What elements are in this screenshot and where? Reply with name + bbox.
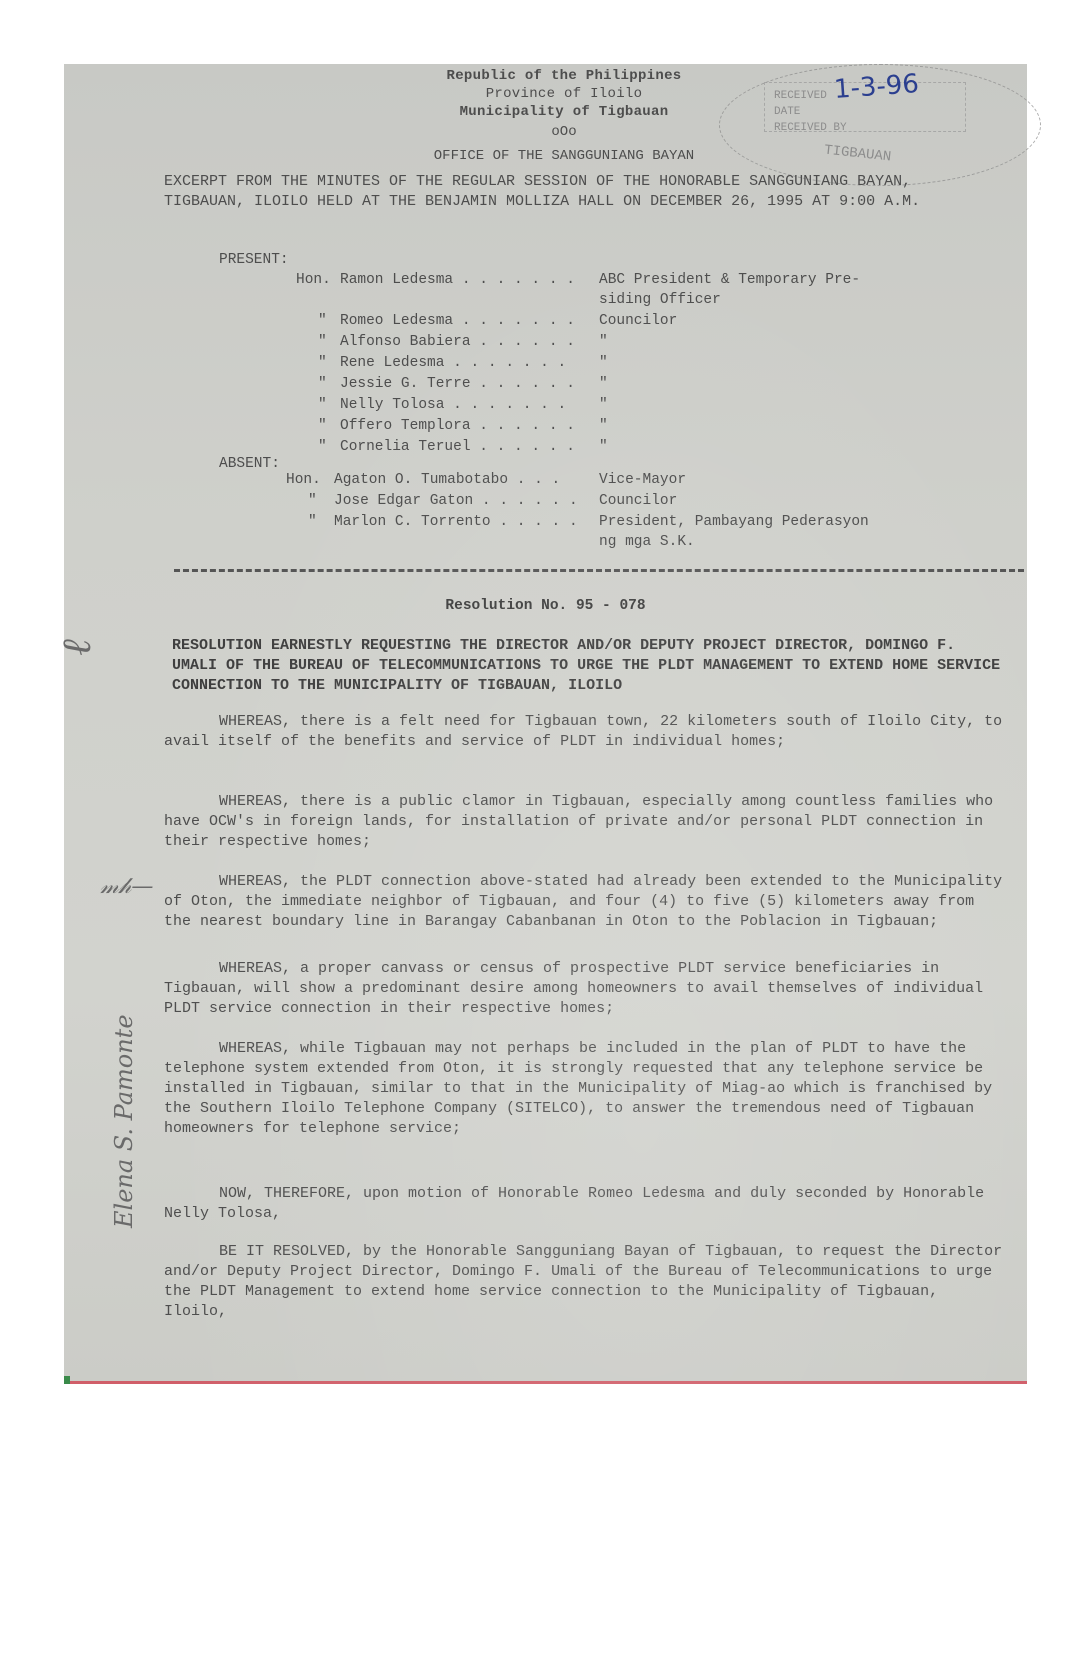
member-prefix: " — [318, 395, 327, 415]
header-province: Province of Iloilo — [394, 85, 734, 103]
resolution-paragraph: WHEREAS, there is a felt need for Tigbau… — [164, 712, 1009, 752]
member-role: " — [599, 437, 608, 457]
header-municipality: Municipality of Tigbauan — [394, 103, 734, 121]
member-role-continued: ng mga S.K. — [599, 532, 695, 552]
member-prefix: " — [318, 416, 327, 436]
member-name: Alfonso Babiera . . . . . . — [340, 332, 575, 352]
member-name: Jose Edgar Gaton . . . . . . — [334, 491, 578, 511]
member-prefix: " — [318, 353, 327, 373]
handwritten-received-date: 1-3-96 — [833, 69, 920, 105]
member-role: " — [599, 416, 608, 436]
member-name: Marlon C. Torrento . . . . . — [334, 512, 578, 532]
document-header: Republic of the Philippines Province of … — [394, 67, 734, 121]
member-role-continued: siding Officer — [599, 290, 721, 310]
member-name: Ramon Ledesma . . . . . . . — [340, 270, 575, 290]
member-role: " — [599, 374, 608, 394]
member-role: " — [599, 353, 608, 373]
member-prefix: " — [318, 332, 327, 352]
resolution-paragraph: WHEREAS, the PLDT connection above-state… — [164, 872, 1009, 932]
scanned-document-page: Republic of the Philippines Province of … — [64, 64, 1027, 1384]
margin-signature-mark: 𝓂𝒽— — [100, 874, 153, 899]
member-prefix: " — [318, 374, 327, 394]
member-role: Councilor — [599, 491, 677, 511]
member-prefix: " — [308, 512, 317, 532]
member-name: Cornelia Teruel . . . . . . — [340, 437, 575, 457]
member-prefix: " — [308, 491, 317, 511]
resolution-paragraph: BE IT RESOLVED, by the Honorable Sanggun… — [164, 1242, 1009, 1322]
green-corner-mark — [64, 1376, 70, 1384]
member-prefix: Hon. — [296, 270, 331, 290]
resolution-number: Resolution No. 95 - 078 — [64, 596, 1027, 616]
resolution-paragraph: NOW, THEREFORE, upon motion of Honorable… — [164, 1184, 1009, 1224]
member-role: ABC President & Temporary Pre- — [599, 270, 860, 290]
resolution-title: RESOLUTION EARNESTLY REQUESTING THE DIRE… — [172, 636, 1002, 696]
stamp-line-received-by: RECEIVED BY — [774, 120, 847, 136]
margin-initial-mark: ℓ — [53, 639, 100, 656]
absent-label: ABSENT: — [219, 454, 280, 474]
member-name: Offero Templora . . . . . . — [340, 416, 575, 436]
member-role: President, Pambayang Pederasyon — [599, 512, 869, 532]
minutes-excerpt: EXCERPT FROM THE MINUTES OF THE REGULAR … — [164, 172, 984, 212]
stamp-line-date: DATE — [774, 104, 847, 120]
red-page-edge — [64, 1381, 1027, 1384]
section-divider — [174, 569, 1024, 572]
member-name: Jessie G. Terre . . . . . . — [340, 374, 575, 394]
office-title: OFFICE OF THE SANGGUNIANG BAYAN — [394, 148, 734, 164]
resolution-paragraph: WHEREAS, while Tigbauan may not perhaps … — [164, 1039, 1009, 1139]
member-prefix: Hon. — [286, 470, 321, 490]
resolution-paragraph: WHEREAS, there is a public clamor in Tig… — [164, 792, 1009, 852]
margin-handwritten-name: Elena S. Pamonte — [110, 928, 138, 1228]
member-role: " — [599, 332, 608, 352]
present-label: PRESENT: — [219, 250, 289, 270]
member-name: Romeo Ledesma . . . . . . . — [340, 311, 575, 331]
member-role: Councilor — [599, 311, 677, 331]
member-name: Rene Ledesma . . . . . . . — [340, 353, 566, 373]
resolution-paragraph: WHEREAS, a proper canvass or census of p… — [164, 959, 1009, 1019]
member-name: Agaton O. Tumabotabo . . . — [334, 470, 560, 490]
member-role: Vice-Mayor — [599, 470, 686, 490]
member-role: " — [599, 395, 608, 415]
header-country: Republic of the Philippines — [394, 67, 734, 85]
member-prefix: " — [318, 311, 327, 331]
header-ornament: oOo — [394, 124, 734, 140]
member-prefix: " — [318, 437, 327, 457]
member-name: Nelly Tolosa . . . . . . . — [340, 395, 566, 415]
